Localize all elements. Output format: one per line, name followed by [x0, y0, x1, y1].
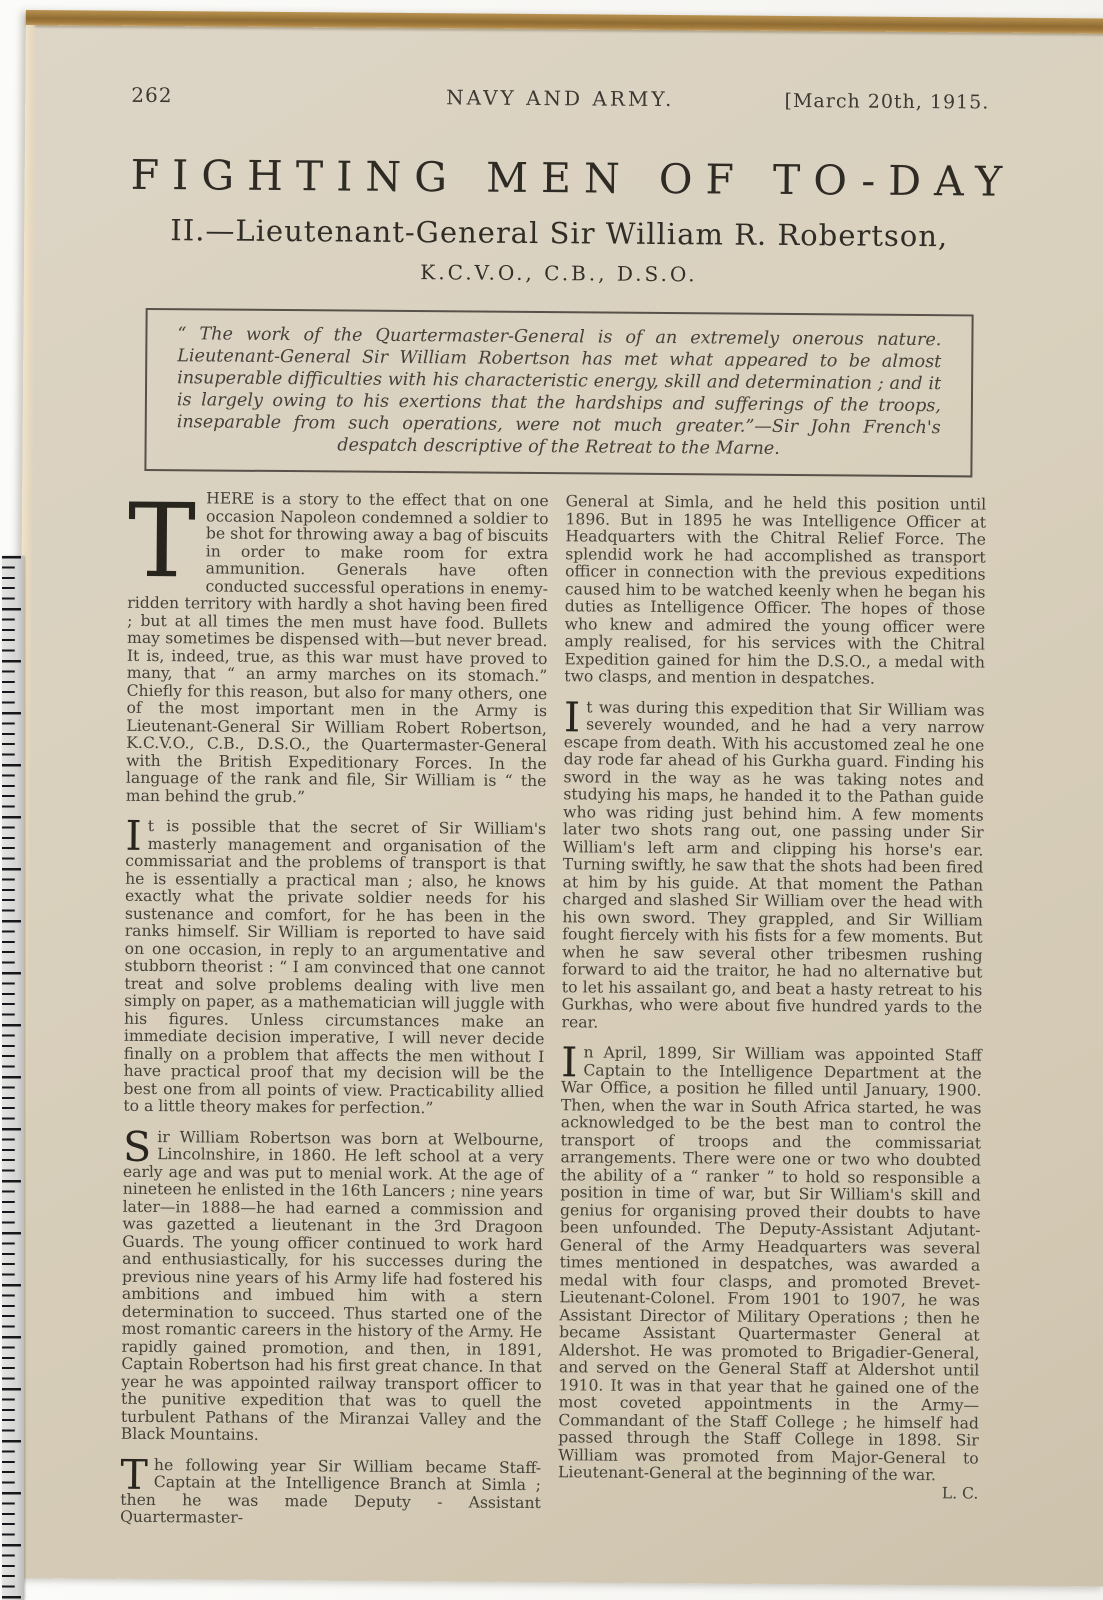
journal-title: NAVY AND ARMY. — [446, 85, 674, 111]
column-right: General at Simla, and he held this posit… — [558, 493, 987, 1533]
drop-cap: T — [120, 1458, 154, 1491]
paragraph: Sir William Robertson was born at Welbou… — [121, 1128, 544, 1446]
paragraph: General at Simla, and he held this posit… — [564, 493, 986, 689]
ruler-tick-marks — [2, 556, 24, 1600]
measuring-ruler — [2, 556, 24, 1600]
drop-cap: S — [123, 1130, 157, 1163]
drop-cap: I — [564, 701, 586, 734]
honours-line: K.C.V.O., C.B., D.S.O. — [130, 258, 988, 289]
article-title: FIGHTING MEN OF TO-DAY — [131, 151, 989, 206]
printed-content: 262 NAVY AND ARMY. [March 20th, 1915. FI… — [120, 83, 989, 1533]
screenshot-stage: 262 NAVY AND ARMY. [March 20th, 1915. FI… — [0, 0, 1103, 1600]
running-header: 262 NAVY AND ARMY. [March 20th, 1915. — [131, 83, 989, 114]
paragraph: It was during this expedition that Sir W… — [561, 699, 984, 1035]
paragraph: THERE is a story to the effect that on o… — [126, 490, 549, 808]
author-initials: L. C. — [930, 1485, 979, 1503]
page-top-edge — [26, 10, 1103, 34]
paragraph: The following year Sir William became St… — [120, 1456, 541, 1529]
magazine-page: 262 NAVY AND ARMY. [March 20th, 1915. FI… — [14, 10, 1103, 1587]
article-columns: THERE is a story to the effect that on o… — [120, 490, 986, 1533]
pull-quote: “ The work of the Quartermaster-General … — [144, 308, 973, 477]
paragraph: It is possible that the secret of Sir Wi… — [123, 818, 546, 1119]
column-left: THERE is a story to the effect that on o… — [120, 490, 549, 1530]
paragraph: In April, 1899, Sir William was appointe… — [558, 1044, 982, 1485]
page-number: 262 — [131, 83, 172, 107]
drop-cap: T — [127, 492, 206, 593]
drop-cap: I — [561, 1046, 583, 1079]
article-subtitle: II.—Lieutenant-General Sir William R. Ro… — [130, 213, 988, 254]
drop-cap: I — [125, 820, 147, 853]
issue-date: [March 20th, 1915. — [785, 90, 990, 114]
